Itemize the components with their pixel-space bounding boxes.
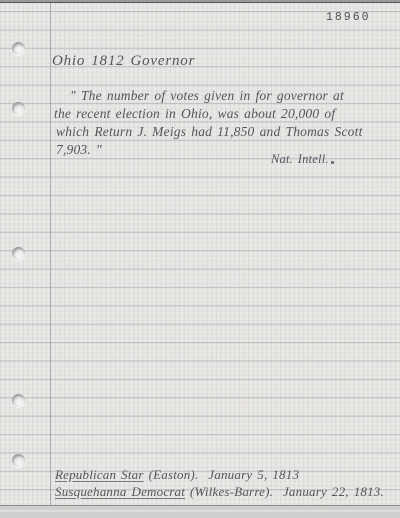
page-title: Ohio 1812 Governor xyxy=(52,53,195,70)
newspaper-name: Republican Star xyxy=(55,467,144,482)
punch-hole xyxy=(12,102,25,115)
newspaper-name: Susquehanna Democrat xyxy=(55,484,185,499)
quote-line: which Return J. Meigs had 11,850 and Tho… xyxy=(56,124,363,140)
notebook-paper xyxy=(0,3,400,505)
quote-line: 7,903. " xyxy=(56,142,102,158)
citation-detail: (Easton). January 5, 1813 xyxy=(144,467,300,482)
serial-number-stamp: 18960 xyxy=(326,11,371,24)
punch-hole xyxy=(12,247,25,260)
quote-line: the recent election in Ohio, was about 2… xyxy=(54,106,335,122)
punch-hole xyxy=(12,394,25,407)
scan-speck xyxy=(331,161,334,164)
source-citation: Susquehanna Democrat (Wilkes-Barre). Jan… xyxy=(55,484,384,500)
attribution-note: Nat. Intell. xyxy=(271,152,329,167)
citation-detail: (Wilkes-Barre). January 22, 1813. xyxy=(185,484,384,499)
punch-hole xyxy=(12,42,25,55)
margin-line xyxy=(50,3,51,505)
scan-bottom-strip xyxy=(0,506,400,518)
scanned-note-page: { "scan": { "stamp_number": "18960", "he… xyxy=(0,0,400,518)
underlying-sheet-edge xyxy=(0,510,400,512)
source-citation: Republican Star (Easton). January 5, 181… xyxy=(55,467,299,483)
quote-line: " The number of votes given in for gover… xyxy=(70,88,344,104)
punch-hole xyxy=(12,454,25,467)
